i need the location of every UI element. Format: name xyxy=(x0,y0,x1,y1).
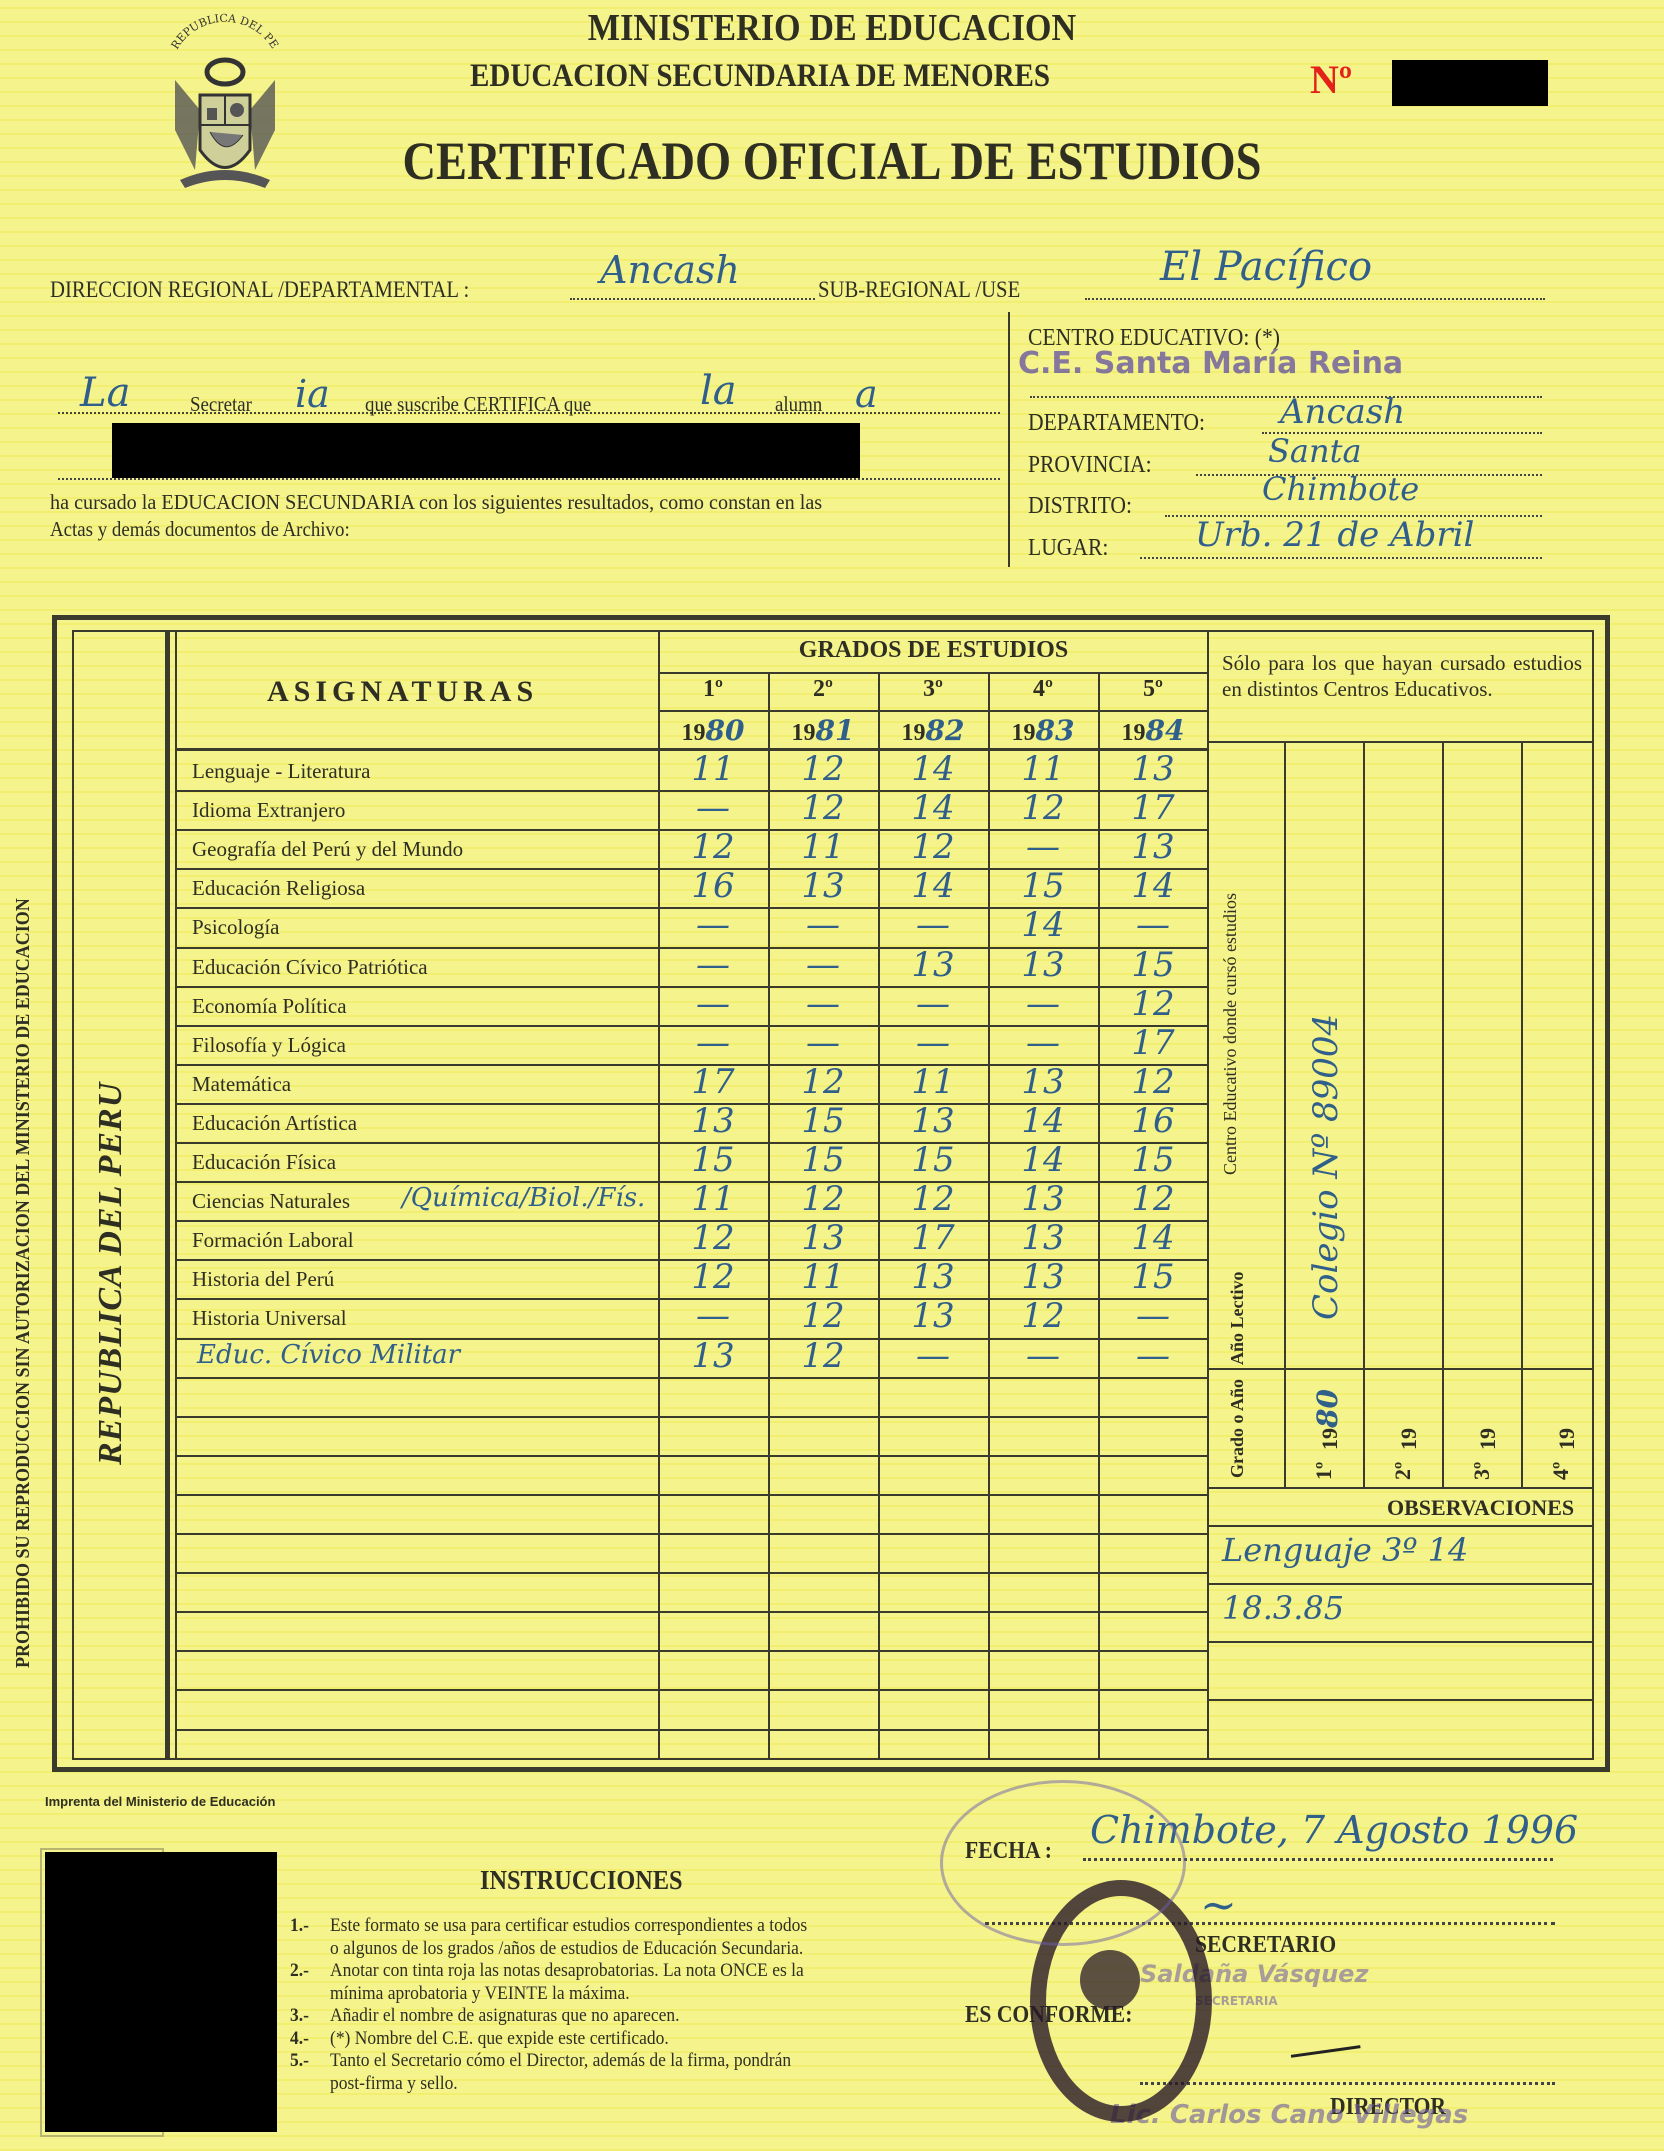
score-cell: 14 xyxy=(1098,866,1208,906)
score-cell: 13 xyxy=(658,1101,768,1141)
subject-name: Filosofía y Lógica xyxy=(192,1033,346,1058)
right-panel-col-line xyxy=(1284,741,1286,1487)
score-cell: 12 xyxy=(1098,1062,1208,1102)
strip-right-line xyxy=(165,630,170,1758)
prior-school-year: 19 xyxy=(1469,1428,1502,1450)
direccion-regional-value: Ancash xyxy=(600,248,740,292)
direccion-regional-label: DIRECCION REGIONAL /DEPARTAMENTAL : xyxy=(50,277,469,303)
year-cell: 1980 xyxy=(658,714,768,747)
instruction-number: 1.- xyxy=(290,1915,309,1936)
sub-regional-line xyxy=(1085,298,1545,300)
instruction-text: Este formato se usa para certificar estu… xyxy=(330,1915,807,1936)
score-cell: 13 xyxy=(658,1336,768,1376)
year-suffix: 83 xyxy=(1036,714,1075,747)
sub-regional-label: SUB-REGIONAL /USE xyxy=(818,277,1020,303)
prohibition-notice: PROHIBIDO SU REPRODUCCION SIN AUTORIZACI… xyxy=(12,898,35,1668)
subject-name: Ciencias Naturales xyxy=(192,1189,350,1214)
score-cell: 12 xyxy=(1098,1179,1208,1219)
score-cell: 14 xyxy=(878,749,988,789)
score-cell: 11 xyxy=(658,749,768,789)
grade-label: 5º xyxy=(1098,676,1208,703)
score-cell: 13 xyxy=(988,1179,1098,1219)
row-line xyxy=(177,1533,1209,1535)
year-prefix: 19 xyxy=(1475,1428,1500,1450)
row-line xyxy=(177,1416,1209,1418)
year-prefix: 19 xyxy=(1122,720,1146,746)
score-cell: — xyxy=(988,984,1098,1024)
score-cell: 14 xyxy=(988,1101,1098,1141)
subject-name: Educación Cívico Patriótica xyxy=(192,955,428,980)
score-cell: 12 xyxy=(768,788,878,828)
score-cell: — xyxy=(658,1296,768,1336)
lugar-value: Urb. 21 de Abril xyxy=(1195,515,1474,555)
student-name-redacted xyxy=(112,423,860,478)
subject-name: Psicología xyxy=(192,915,280,940)
field-divider xyxy=(1008,312,1010,567)
score-cell: — xyxy=(658,945,768,985)
subject-name: Educación Artística xyxy=(192,1111,357,1136)
year-prefix: 19 xyxy=(902,720,926,746)
inner-right-line xyxy=(1592,630,1594,1760)
year-suffix: 80 xyxy=(706,714,745,747)
subject-name: Economía Política xyxy=(192,994,347,1019)
score-cell: 12 xyxy=(658,1257,768,1297)
score-cell: — xyxy=(768,1023,878,1063)
prior-school-grade: 3º xyxy=(1469,1462,1495,1480)
score-cell: 13 xyxy=(1098,749,1208,789)
score-cell: — xyxy=(878,984,988,1024)
score-cell: — xyxy=(878,1023,988,1063)
prior-school-year: 19 xyxy=(1390,1428,1423,1450)
certificate-number-redacted xyxy=(1392,60,1548,106)
alumn-suffix: a xyxy=(855,372,878,416)
republic-vertical-label: REPUBLICA DEL PERU xyxy=(92,1082,130,1465)
score-cell: 15 xyxy=(768,1101,878,1141)
score-cell: — xyxy=(1098,1336,1208,1376)
lugar-label: LUGAR: xyxy=(1028,535,1108,562)
year-suffix: 81 xyxy=(816,714,855,747)
secretar-label: Secretar xyxy=(190,392,252,417)
secretaria-stamp-circle xyxy=(940,1780,1186,1946)
score-cell: — xyxy=(878,905,988,945)
provincia-value: Santa xyxy=(1268,432,1362,470)
row-line xyxy=(177,1768,1209,1770)
score-cell: 12 xyxy=(1098,984,1208,1024)
score-cell: 13 xyxy=(878,1296,988,1336)
prior-school-grade: 1º xyxy=(1311,1462,1337,1480)
subjects-header: ASIGNATURAS xyxy=(267,675,538,709)
grades-table: REPUBLICA DEL PERU ASIGNATURAS GRADOS DE… xyxy=(52,615,1610,1772)
observaciones-label: OBSERVACIONES xyxy=(1387,1495,1574,1521)
score-cell: 12 xyxy=(658,827,768,867)
right-panel-col-line xyxy=(1363,741,1365,1487)
instruction-text: o algunos de los grados /años de estudio… xyxy=(330,1938,803,1959)
strip-inner-line xyxy=(175,630,177,1758)
score-cell: 14 xyxy=(988,905,1098,945)
printer-credit: Imprenta del Ministerio de Educación xyxy=(45,1794,275,1809)
instruction-number: 2.- xyxy=(290,1960,309,1981)
grade-label: 4º xyxy=(988,676,1098,703)
ministry-title: MINISTERIO DE EDUCACION xyxy=(83,6,1581,50)
prior-school-name: Colegio Nº 89004 xyxy=(1306,1014,1346,1320)
right-panel-note-line xyxy=(1207,741,1592,743)
year-prefix: 19 xyxy=(1012,720,1036,746)
score-cell: 15 xyxy=(1098,1140,1208,1180)
secretario-label: SECRETARIO xyxy=(1195,1932,1336,1959)
observaciones-line xyxy=(1207,1699,1592,1701)
year-cell: 1982 xyxy=(878,714,988,747)
right-panel-col-line xyxy=(1521,741,1523,1487)
grades-header: GRADOS DE ESTUDIOS xyxy=(660,637,1207,664)
score-cell: 13 xyxy=(1098,827,1208,867)
score-cell: — xyxy=(878,1336,988,1376)
score-cell: 14 xyxy=(988,1140,1098,1180)
prior-school-year: 1980 xyxy=(1311,1389,1344,1450)
score-cell: 17 xyxy=(1098,1023,1208,1063)
score-cell: 12 xyxy=(768,1296,878,1336)
instruction-number: 5.- xyxy=(290,2050,309,2071)
score-cell: 14 xyxy=(878,866,988,906)
score-cell: 12 xyxy=(768,749,878,789)
lugar-line xyxy=(1140,557,1542,559)
observaciones-line xyxy=(1207,1583,1592,1585)
prior-school-year: 19 xyxy=(1548,1428,1581,1450)
centro-col-label: Centro Educativo donde cursó estudios xyxy=(1220,893,1241,1175)
score-cell: 15 xyxy=(1098,1257,1208,1297)
score-cell: — xyxy=(988,827,1098,867)
score-cell: 12 xyxy=(988,788,1098,828)
year-suffix: 82 xyxy=(926,714,965,747)
inner-bottom-line xyxy=(72,1758,1592,1760)
score-cell: — xyxy=(1098,905,1208,945)
score-cell: 16 xyxy=(1098,1101,1208,1141)
year-cell: 1981 xyxy=(768,714,878,747)
score-cell: — xyxy=(658,905,768,945)
year-prefix: 19 xyxy=(792,720,816,746)
prior-school-grade: 4º xyxy=(1548,1462,1574,1480)
certifica-label: que suscribe CERTIFICA que xyxy=(365,392,591,417)
right-panel-col-line xyxy=(1442,741,1444,1487)
subject-name: Matemática xyxy=(192,1072,291,1097)
score-cell: 15 xyxy=(658,1140,768,1180)
score-cell: 12 xyxy=(768,1062,878,1102)
grado-label: Grado o Año xyxy=(1227,1379,1248,1478)
score-cell: 11 xyxy=(658,1179,768,1219)
right-panel-note: Sólo para los que hayan cursado estudios… xyxy=(1222,650,1582,702)
provincia-label: PROVINCIA: xyxy=(1028,452,1152,479)
score-cell: 13 xyxy=(988,945,1098,985)
score-cell: 17 xyxy=(658,1062,768,1102)
education-level-title: EDUCACION SECUNDARIA DE MENORES xyxy=(470,58,1050,95)
director-signature-line xyxy=(1140,2082,1555,2085)
score-cell: 11 xyxy=(988,749,1098,789)
row-line xyxy=(177,1572,1209,1574)
statement-text-2: Actas y demás documentos de Archivo: xyxy=(50,517,350,542)
grade-label: 2º xyxy=(768,676,878,703)
sub-regional-value: El Pacífico xyxy=(1160,244,1372,290)
departamento-label: DEPARTAMENTO: xyxy=(1028,410,1205,437)
prior-school-grade: 2º xyxy=(1390,1462,1416,1480)
subject-name: Geografía del Perú y del Mundo xyxy=(192,837,463,862)
year-prefix: 19 xyxy=(1554,1428,1579,1450)
instruction-number: 3.- xyxy=(290,2005,309,2026)
score-cell: 15 xyxy=(768,1140,878,1180)
instruction-text: Añadir el nombre de asignaturas que no a… xyxy=(330,2005,679,2026)
score-cell: — xyxy=(768,984,878,1024)
director-signature xyxy=(1289,2035,1360,2058)
instruction-text: mínima aprobatoria y VEINTE la máxima. xyxy=(330,1983,630,2004)
year-suffix: 80 xyxy=(1311,1389,1344,1428)
instruction-text: (*) Nombre del C.E. que expide este cert… xyxy=(330,2028,669,2049)
distrito-value: Chimbote xyxy=(1262,470,1419,508)
inner-top-line xyxy=(72,630,1592,632)
grade-label: 1º xyxy=(658,676,768,703)
article-value: La xyxy=(80,370,130,416)
subject-name: Educación Religiosa xyxy=(192,876,365,901)
ano-lectivo-label: Año Lectivo xyxy=(1227,1272,1248,1366)
grades-header-line xyxy=(658,672,1209,674)
secretario-signature: ~ xyxy=(1200,1880,1237,1931)
score-cell: 12 xyxy=(768,1336,878,1376)
year-prefix: 19 xyxy=(1317,1428,1342,1450)
score-cell: 13 xyxy=(878,1101,988,1141)
score-cell: 12 xyxy=(768,1179,878,1219)
year-suffix: 84 xyxy=(1146,714,1185,747)
certificate-number-label: Nº xyxy=(1310,56,1352,103)
row-line xyxy=(177,1650,1209,1652)
centro-educativo-stamp: C.E. Santa María Reina xyxy=(1018,346,1403,381)
observaciones-line xyxy=(1207,1525,1592,1527)
score-cell: 13 xyxy=(878,945,988,985)
grade-label: 3º xyxy=(878,676,988,703)
row-line xyxy=(177,1611,1209,1613)
instruction-text: Tanto el Secretario cómo el Director, ad… xyxy=(330,2050,791,2071)
score-cell: 13 xyxy=(878,1257,988,1297)
score-cell: 16 xyxy=(658,866,768,906)
year-cell: 1983 xyxy=(988,714,1098,747)
article2-value: la xyxy=(700,368,737,414)
departamento-value: Ancash xyxy=(1280,392,1405,432)
row-line xyxy=(177,1377,1209,1379)
score-cell: 17 xyxy=(1098,788,1208,828)
score-cell: 15 xyxy=(988,866,1098,906)
score-cell: 13 xyxy=(768,1218,878,1258)
score-cell: 14 xyxy=(1098,1218,1208,1258)
subject-annotation: /Química/Biol./Fís. xyxy=(402,1183,645,1213)
subject-name: Historia del Perú xyxy=(192,1267,334,1292)
score-cell: 13 xyxy=(988,1062,1098,1102)
score-cell: 11 xyxy=(878,1062,988,1102)
secretar-suffix: ia xyxy=(295,372,330,416)
row-line xyxy=(177,1689,1209,1691)
right-panel-entries-bottom xyxy=(1207,1487,1592,1489)
score-cell: — xyxy=(988,1023,1098,1063)
grade-labels-line xyxy=(658,710,1209,712)
score-cell: 12 xyxy=(988,1296,1098,1336)
subject-name: Idioma Extranjero xyxy=(192,798,345,823)
subject-annotation: Educ. Cívico Militar xyxy=(197,1340,460,1370)
row-line xyxy=(177,1494,1209,1496)
year-prefix: 19 xyxy=(1396,1428,1421,1450)
instruction-text: post-firma y sello. xyxy=(330,2073,458,2094)
score-cell: 11 xyxy=(768,827,878,867)
score-cell: 17 xyxy=(878,1218,988,1258)
row-line xyxy=(177,1729,1209,1731)
score-cell: — xyxy=(988,1336,1098,1376)
score-cell: 13 xyxy=(988,1257,1098,1297)
observaciones-entry: Lenguaje 3º 14 xyxy=(1222,1531,1468,1569)
year-cell: 1984 xyxy=(1098,714,1208,747)
photo-redacted xyxy=(45,1852,277,2132)
score-cell: 13 xyxy=(768,866,878,906)
score-cell: — xyxy=(658,788,768,828)
score-cell: 14 xyxy=(878,788,988,828)
score-cell: 11 xyxy=(768,1257,878,1297)
score-cell: 13 xyxy=(988,1218,1098,1258)
instruction-number: 4.- xyxy=(290,2028,309,2049)
subject-name: Formación Laboral xyxy=(192,1228,354,1253)
row-line xyxy=(177,1455,1209,1457)
subject-name: Lenguaje - Literatura xyxy=(192,759,370,784)
year-prefix: 19 xyxy=(682,720,706,746)
direccion-regional-line xyxy=(570,298,815,300)
instruction-text: Anotar con tinta roja las notas desaprob… xyxy=(330,1960,804,1981)
score-cell: 12 xyxy=(878,1179,988,1219)
certificate-title: CERTIFICADO OFICIAL DE ESTUDIOS xyxy=(116,130,1547,192)
score-cell: — xyxy=(1098,1296,1208,1336)
score-cell: — xyxy=(658,1023,768,1063)
student-name-line xyxy=(58,478,1000,480)
observaciones-line xyxy=(1207,1641,1592,1643)
score-cell: 12 xyxy=(658,1218,768,1258)
statement-text: ha cursado la EDUCACION SECUNDARIA con l… xyxy=(50,490,822,515)
observaciones-entry: 18.3.85 xyxy=(1222,1589,1344,1627)
score-cell: — xyxy=(768,905,878,945)
distrito-label: DISTRITO: xyxy=(1028,493,1132,520)
right-panel-mid-line xyxy=(1207,1368,1592,1370)
score-cell: — xyxy=(658,984,768,1024)
official-seal-center xyxy=(1080,1950,1140,2010)
subject-name: Historia Universal xyxy=(192,1306,347,1331)
score-cell: 15 xyxy=(878,1140,988,1180)
subject-name: Educación Física xyxy=(192,1150,336,1175)
score-cell: 12 xyxy=(878,827,988,867)
instructions-title: INSTRUCCIONES xyxy=(480,1865,683,1896)
strip-left-line xyxy=(72,630,74,1758)
score-cell: — xyxy=(768,945,878,985)
score-cell: 15 xyxy=(1098,945,1208,985)
alumn-label: alumn xyxy=(775,392,822,417)
